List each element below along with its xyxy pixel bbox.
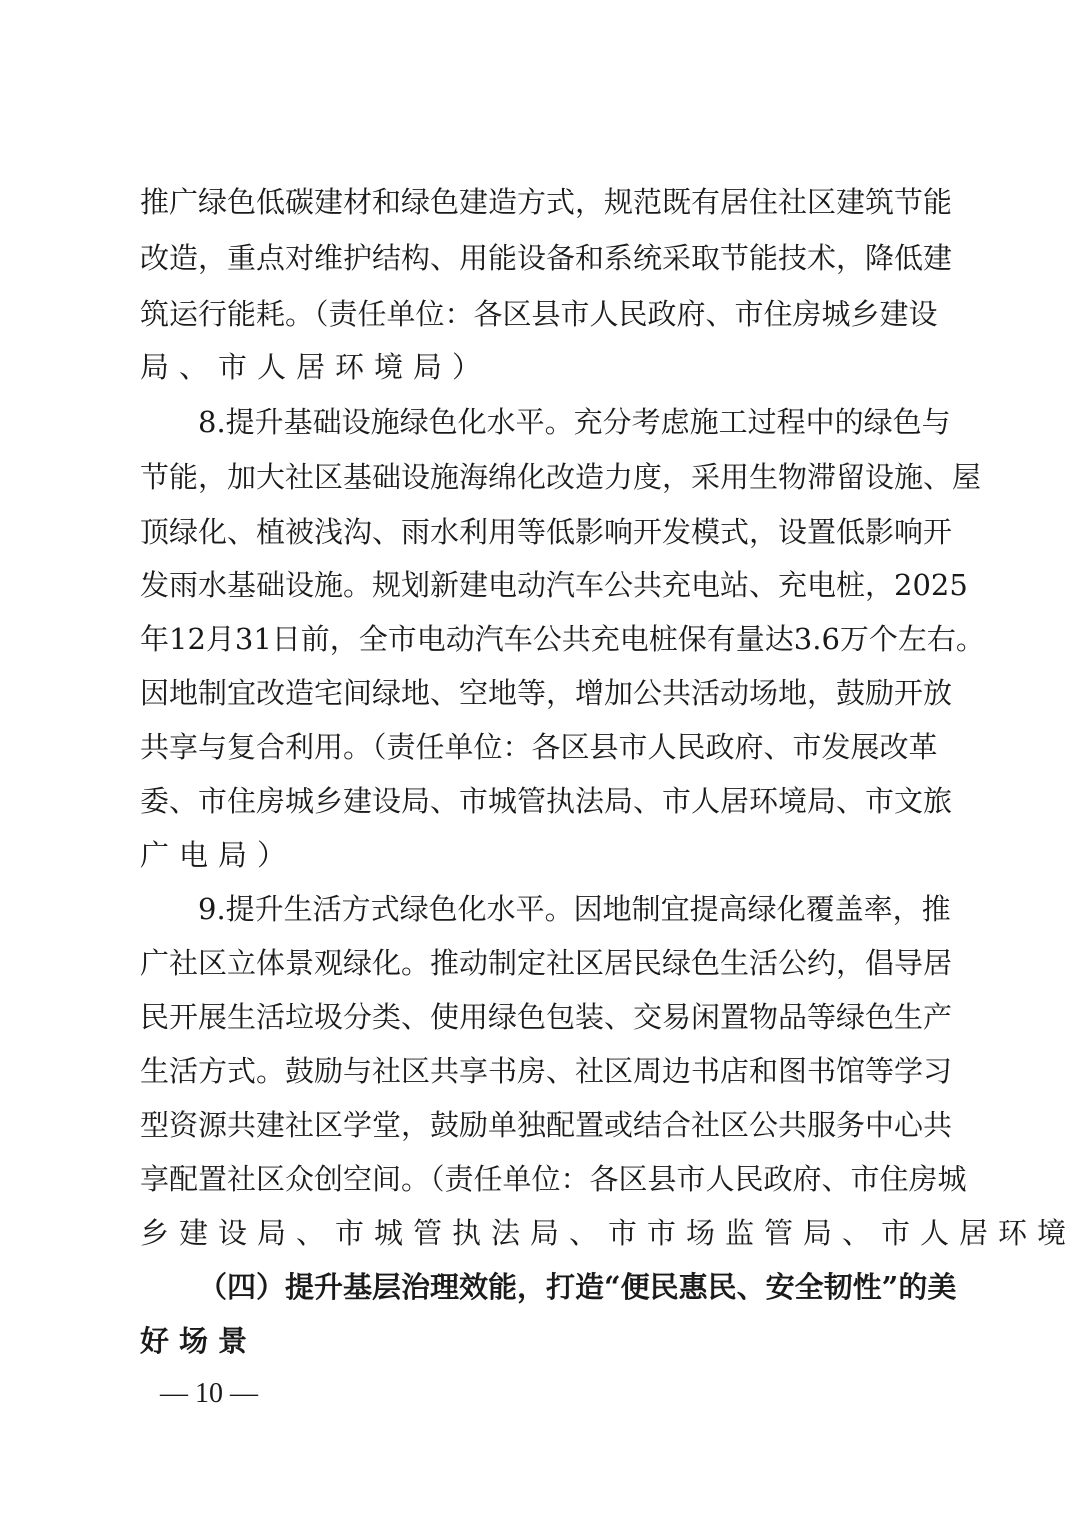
paragraph-line: 型资源共建社区学堂，鼓励单独配置或结合社区公共服务中心共 [140,1105,937,1145]
item-9-title-line: 9.提升生活方式绿色化水平。因地制宜提高绿化覆盖率，推 [198,889,937,929]
document-page: 推广绿色低碳建材和绿色建造方式，规范既有居住社区建筑节能 改造，重点对维护结构、… [0,0,1074,1520]
paragraph-line: 广电局） [140,835,937,875]
paragraph-line: 民开展生活垃圾分类、使用绿色包装、交易闲置物品等绿色生产 [140,997,937,1037]
paragraph-line: 局、市人居环境局） [140,347,937,387]
paragraph-line: 推广绿色低碳建材和绿色建造方式，规范既有居住社区建筑节能 [140,182,937,222]
item-8-title-line: 8.提升基础设施绿色化水平。充分考虑施工过程中的绿色与 [198,402,937,442]
paragraph-line: 共享与复合利用。（责任单位：各区县市人民政府、市发展改革 [140,727,937,767]
paragraph-line: 改造，重点对维护结构、用能设备和系统采取节能技术，降低建 [140,238,937,278]
paragraph-line: 节能，加大社区基础设施海绵化改造力度，采用生物滞留设施、屋 [140,457,937,497]
paragraph-line: 广社区立体景观绿化。推动制定社区居民绿色生活公约，倡导居 [140,943,937,983]
paragraph-line: 发雨水基础设施。规划新建电动汽车公共充电站、充电桩，2025 [140,565,937,605]
paragraph-line: 年12月31日前，全市电动汽车公共充电桩保有量达3.6万个左右。 [140,619,937,659]
paragraph-line: 委、市住房城乡建设局、市城管执法局、市人居环境局、市文旅 [140,781,937,821]
section-heading-continued: 好场景 [140,1321,937,1361]
paragraph-line: 筑运行能耗。（责任单位：各区县市人民政府、市住房城乡建设 [140,294,937,334]
paragraph-line: 享配置社区众创空间。（责任单位：各区县市人民政府、市住房城 [140,1159,937,1199]
paragraph-line: 顶绿化、植被浅沟、雨水利用等低影响开发模式，设置低影响开 [140,512,937,552]
page-number: — 10 — [160,1374,258,1414]
paragraph-line: 生活方式。鼓励与社区共享书房、社区周边书店和图书馆等学习 [140,1051,937,1091]
section-heading: （四）提升基层治理效能，打造“便民惠民、安全韧性”的美 [198,1267,937,1307]
paragraph-line: 乡建设局、市城管执法局、市市场监管局、市人居环境局） [140,1213,937,1253]
paragraph-line: 因地制宜改造宅间绿地、空地等，增加公共活动场地，鼓励开放 [140,673,937,713]
